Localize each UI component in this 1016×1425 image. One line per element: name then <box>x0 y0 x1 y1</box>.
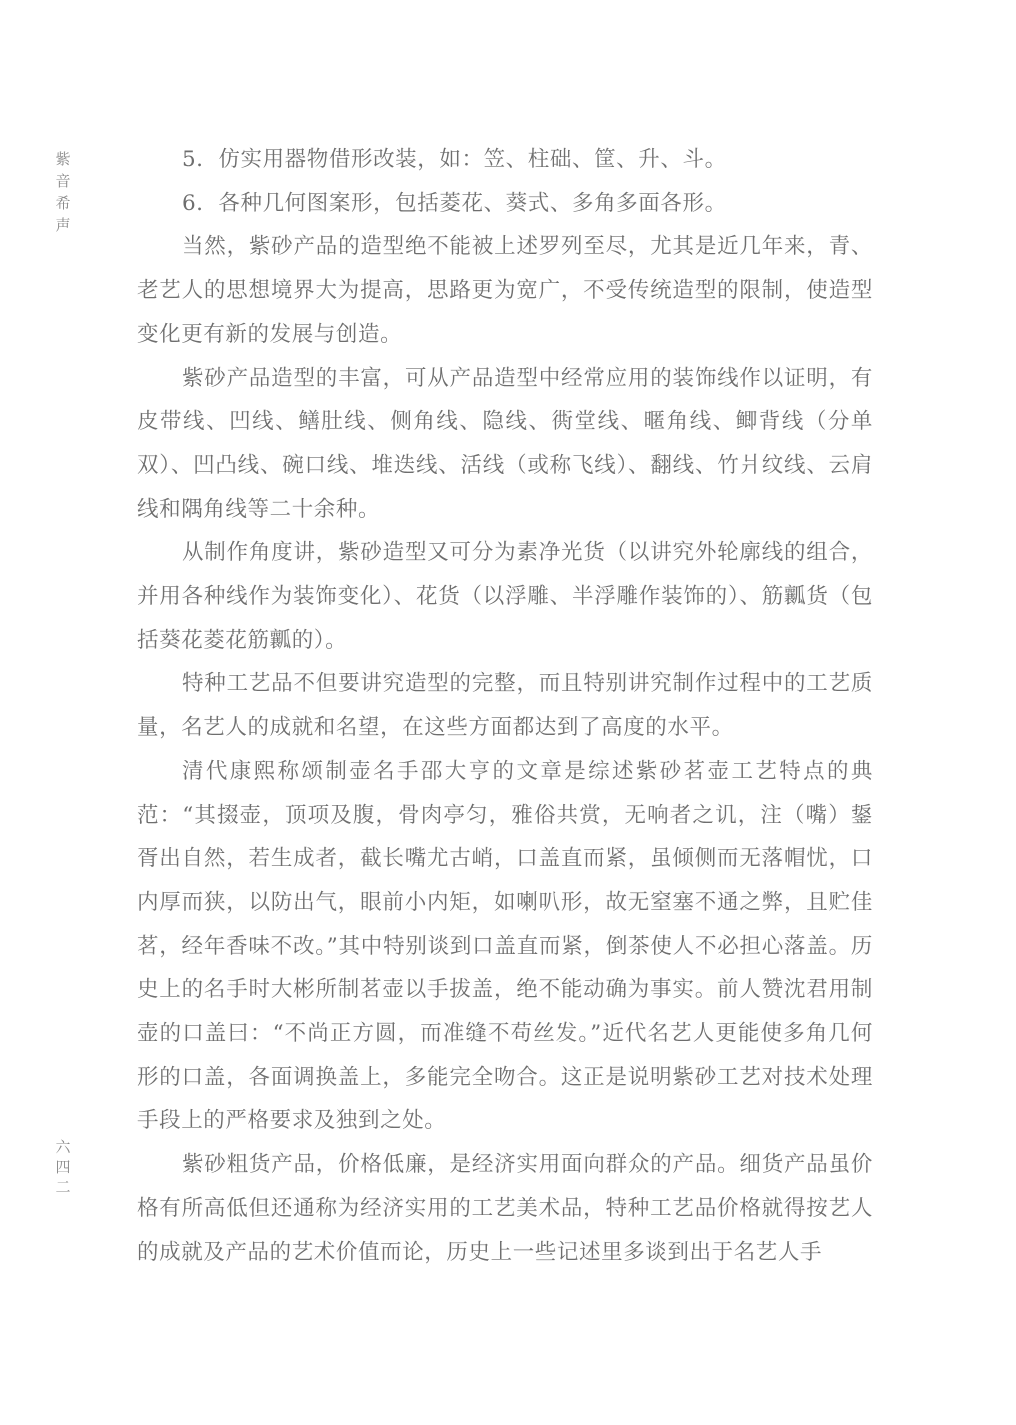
running-header-char: 音 <box>52 170 74 192</box>
page-number-char: 四 <box>52 1157 74 1177</box>
paragraph: 紫砂粗货产品，价格低廉，是经济实用面向群众的产品。细货产品虽价格有所高低但还通称… <box>137 1143 873 1274</box>
running-header-char: 希 <box>52 192 74 214</box>
page-number-char: 六 <box>52 1137 74 1157</box>
page-number-vertical: 六 四 二 <box>52 1137 74 1197</box>
paragraph: 从制作角度讲，紫砂造型又可分为素净光货（以讲究外轮廓线的组合，并用各种线作为装饰… <box>137 531 873 662</box>
running-header-vertical: 紫 音 希 声 <box>52 148 74 236</box>
paragraph: 紫砂产品造型的丰富，可从产品造型中经常应用的装饰线作以证明，有皮带线、凹线、鳝肚… <box>137 357 873 532</box>
running-header-char: 紫 <box>52 148 74 170</box>
running-header-char: 声 <box>52 214 74 236</box>
paragraph: 清代康熙称颂制壶名手邵大亨的文章是综述紫砂茗壶工艺特点的典范：“其掇壶，顶项及腹… <box>137 750 873 1143</box>
list-item-6: 6．各种几何图案形，包括菱花、葵式、多角多面各形。 <box>137 182 873 226</box>
body-text: 5．仿实用器物借形改装，如：笠、柱础、筐、升、斗。 6．各种几何图案形，包括菱花… <box>137 138 873 1274</box>
paragraph: 当然，紫砂产品的造型绝不能被上述罗列至尽，尤其是近几年来，青、老艺人的思想境界大… <box>137 225 873 356</box>
paragraph: 特种工艺品不但要讲究造型的完整，而且特别讲究制作过程中的工艺质量，名艺人的成就和… <box>137 662 873 749</box>
list-item-5: 5．仿实用器物借形改装，如：笠、柱础、筐、升、斗。 <box>137 138 873 182</box>
page-number-char: 二 <box>52 1177 74 1197</box>
